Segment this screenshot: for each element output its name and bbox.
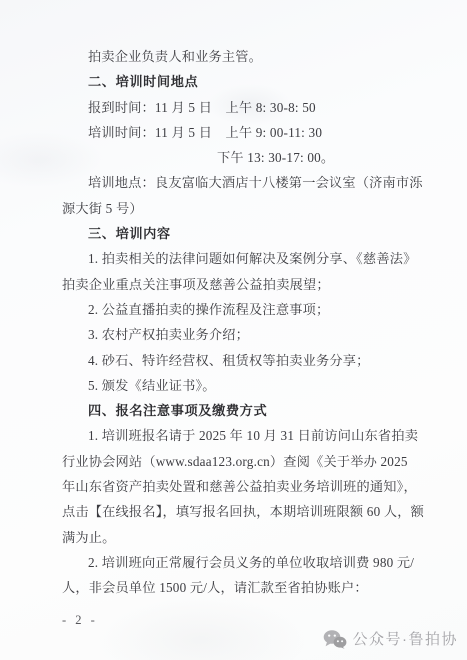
section-heading-3: 三、培训内容	[62, 221, 437, 246]
doc-line: 4. 砂石、特许经营权、租赁权等拍卖业务分享；	[62, 348, 437, 373]
doc-line: 人，非会员单位 1500 元/人，请汇款至省拍协账户：	[62, 575, 437, 600]
doc-line: 下午 13: 30-17: 00。	[62, 145, 437, 170]
doc-line: 源大街 5 号）	[62, 196, 437, 221]
doc-line: 5. 颁发《结业证书》。	[62, 373, 437, 398]
doc-line: 3. 农村产权拍卖业务介绍；	[62, 322, 437, 347]
doc-line: 满为止。	[62, 525, 437, 550]
doc-line: 拍卖企业负责人和业务主管。	[62, 44, 437, 69]
doc-line: 1. 培训班报名请于 2025 年 10 月 31 日前访问山东省拍卖	[62, 423, 437, 448]
doc-line: 年山东省资产拍卖处置和慈善公益拍卖业务培训班的通知》，	[62, 474, 437, 499]
wechat-watermark: 公众号·鲁拍协	[323, 628, 459, 649]
section-heading-2: 二、培训时间地点	[62, 69, 437, 94]
section-heading-4: 四、报名注意事项及缴费方式	[62, 398, 437, 423]
document-body: 拍卖企业负责人和业务主管。 二、培训时间地点 报到时间：11 月 5 日 上午 …	[0, 0, 467, 633]
watermark-text: 公众号·鲁拍协	[353, 628, 459, 649]
doc-line: 2. 培训班向正常履行会员义务的单位收取培训费 980 元/	[62, 550, 437, 575]
doc-line: 2. 公益直播拍卖的操作流程及注意事项；	[62, 297, 437, 322]
doc-line: 拍卖企业重点关注事项及慈善公益拍卖展望；	[62, 272, 437, 297]
scanned-document-page: 拍卖企业负责人和业务主管。 二、培训时间地点 报到时间：11 月 5 日 上午 …	[0, 0, 467, 660]
doc-line: 培训地点：良友富临大酒店十八楼第一会议室（济南市泺	[62, 170, 437, 195]
doc-line: 培训时间：11 月 5 日 上午 9: 00-11: 30	[62, 120, 437, 145]
doc-line: 行业协会网站（www.sdaa123.org.cn）查阅《关于举办 2025	[62, 449, 437, 474]
doc-line: 报到时间：11 月 5 日 上午 8: 30-8: 50	[62, 95, 437, 120]
doc-line: 点击【在线报名】，填写报名回执，本期培训班限额 60 人，额	[62, 499, 437, 524]
wechat-icon	[323, 629, 347, 649]
doc-line: 1. 拍卖相关的法律问题如何解决及案例分享、《慈善法》	[62, 246, 437, 271]
